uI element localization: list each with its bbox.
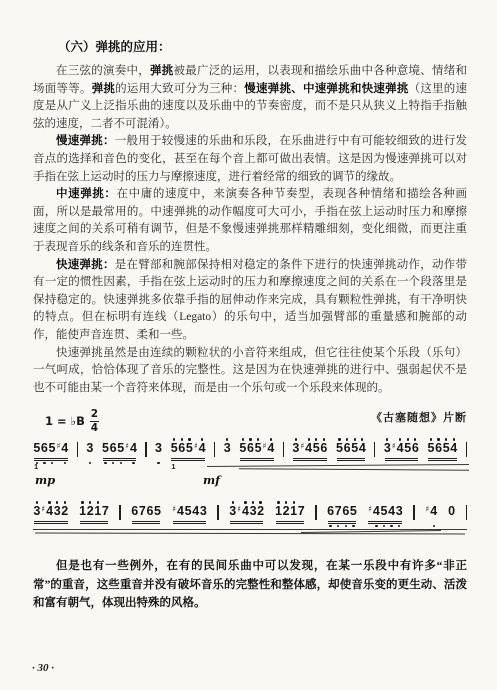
octave-dot (329, 525, 331, 527)
note-group: ♯4543 (367, 501, 403, 528)
note-group: ♯4543 (172, 501, 208, 528)
octave-dot (430, 438, 432, 440)
octave-dot (259, 501, 261, 503)
barline (466, 442, 467, 457)
barline (374, 442, 375, 457)
paragraph: 中速弹挑：在中庸的速度中，来演奏各种节奏型，表现各种情绪和描绘各种画面，所以是最… (33, 186, 467, 256)
note-group: 3♯456 (384, 438, 420, 465)
note-group: 565♯4 (239, 438, 275, 465)
fingering: 1 (34, 462, 38, 471)
octave-dot (270, 438, 272, 440)
note-group: 3 (86, 438, 94, 465)
octave-dot (414, 438, 416, 440)
octave-dot (346, 438, 348, 440)
octave-dot (157, 462, 159, 464)
note-group: 3 (155, 438, 163, 465)
book-page: （六）弹挑的应用： 在三弦的演奏中，弹挑被最广泛的运用，以表现和描绘乐曲中各种意… (0, 0, 497, 690)
note-group: 565♯41 (170, 438, 206, 465)
octave-dot (242, 438, 244, 440)
note-group: 5654 (427, 438, 457, 465)
octave-dot (337, 525, 339, 527)
barline (77, 442, 78, 457)
octave-dot (64, 501, 66, 503)
text: 的运用大致可分为三种： (115, 83, 244, 95)
octave-dot (89, 501, 91, 503)
octave-dot (338, 438, 340, 440)
barline (214, 442, 215, 457)
octave-dot (361, 438, 363, 440)
octave-dot (398, 525, 400, 527)
octave-dot (285, 501, 287, 503)
octave-dot (97, 501, 99, 503)
paragraph: 在三弦的演奏中，弹挑被最广泛的运用，以表现和描绘乐曲中各种意境、情绪和场面等等。… (33, 63, 467, 133)
fingering: 1 (171, 462, 175, 471)
music-section: 1 = ♭B 2 4 《古塞随想》片断 565♯413565♯43565♯413… (33, 409, 467, 557)
octave-dot (51, 462, 53, 464)
octave-dot (249, 438, 251, 440)
octave-dot (226, 438, 228, 440)
bold-text: 弹挑 (92, 83, 115, 95)
crescendo-line (35, 533, 465, 535)
paragraph: 快速弹挑虽然是由连续的颗粒状的小音符来组成，但它往往使某个乐段（乐句）一气呵成，… (33, 345, 467, 398)
note-group: 5654 (336, 438, 366, 465)
note-group: 1217 (275, 501, 305, 528)
crescendo-line (239, 469, 469, 471)
bold-text: 慢速弹挑： (56, 135, 115, 147)
octave-dot (437, 438, 439, 440)
octave-dot (64, 462, 66, 464)
paragraph: 快速弹挑：是在臂部和腕部保持相对稳定的条件下进行的快速弹挑动作，动作带有一定的惯… (33, 257, 467, 345)
key-signature: 1 = ♭B 2 4 (45, 409, 99, 433)
octave-dot (345, 525, 347, 527)
barline (315, 505, 316, 520)
text: 在三弦的演奏中， (56, 65, 150, 77)
octave-dot (252, 501, 254, 503)
dynamic-mp: mp (35, 473, 55, 487)
octave-dot (295, 438, 297, 440)
time-signature: 2 4 (90, 409, 99, 433)
note-group: 3♯432 (33, 501, 69, 528)
octave-dot (257, 438, 259, 440)
barline (145, 442, 146, 457)
dynamic-mf: mf (203, 473, 220, 487)
octave-dot (293, 501, 295, 503)
note-group: 1217 (79, 501, 109, 528)
octave-dot (352, 525, 354, 527)
text: 快速弹挑虽然是由连续的颗粒状的小音符来组成，但它往往使某个乐段（乐句）一气呵成，… (33, 347, 467, 394)
section-title: （六）弹挑的应用： (33, 38, 467, 56)
note-group: 3♯456 (292, 438, 328, 465)
octave-dot (104, 462, 106, 464)
octave-dot (315, 438, 317, 440)
octave-dot (390, 525, 392, 527)
octave-dot (43, 462, 45, 464)
octave-dot (244, 501, 246, 503)
octave-dot (445, 438, 447, 440)
bold-text: 快速弹挑： (56, 259, 115, 271)
octave-dot (56, 501, 58, 503)
bold-text: 但是也有一些例外，在有的民间乐曲中可以发现，在某一乐段中有许多“非正常”的重音，… (33, 560, 467, 609)
octave-dot (277, 501, 279, 503)
barline (119, 505, 120, 520)
octave-dot (36, 501, 38, 503)
music-line-1: 565♯413565♯43565♯413565♯43♯45656543♯4565… (33, 438, 467, 465)
bold-text: 慢速弹挑、中速弹挑和快速弹挑 (244, 83, 408, 95)
octave-dot (232, 501, 234, 503)
octave-dot (173, 438, 175, 440)
key-label: 1 = ♭B (45, 414, 85, 428)
paragraph: 慢速弹挑：一般用于较慢速的乐曲和乐段，在乐曲进行中有可能较细致的进行发音点的选择… (33, 133, 467, 186)
note-group: 0 (448, 501, 456, 528)
page-number: · 30 · (32, 662, 54, 674)
octave-dot (383, 525, 385, 527)
note-group: 6765 (327, 501, 357, 528)
octave-dot (375, 525, 377, 527)
octave-dot (132, 462, 134, 464)
music-header: 1 = ♭B 2 4 《古塞随想》片断 (33, 409, 467, 429)
octave-dot (81, 501, 83, 503)
octave-dot (188, 438, 190, 440)
note-group: 565♯4 (102, 438, 138, 465)
octave-dot (354, 438, 356, 440)
bold-text: 中速弹挑： (56, 188, 117, 200)
piece-caption: 《古塞随想》片断 (371, 409, 467, 425)
paragraph: 但是也有一些例外，在有的民间乐曲中可以发现，在某一乐段中有许多“非正常”的重音，… (33, 557, 467, 613)
octave-dot (323, 438, 325, 440)
barline (413, 505, 414, 520)
barline (466, 505, 467, 520)
note-group: 6765 (131, 501, 161, 528)
octave-dot (48, 501, 50, 503)
octave-dot (89, 462, 91, 464)
octave-dot (181, 438, 183, 440)
body-text: 在三弦的演奏中，弹挑被最广泛的运用，以表现和描绘乐曲中各种意境、情绪和场面等等。… (33, 63, 467, 397)
barline (283, 442, 284, 457)
octave-dot (453, 438, 455, 440)
octave-dot (399, 438, 401, 440)
note-group: 3♯432 (229, 501, 265, 528)
note-group: 565♯41 (33, 438, 69, 465)
octave-dot (407, 438, 409, 440)
note-group: 3 (223, 438, 231, 465)
octave-dot (433, 525, 435, 527)
note-group: ♯4 (425, 501, 438, 528)
music-line-2: 3♯43212176765♯45433♯43212176765♯4543♯40 (33, 501, 467, 528)
octave-dot (386, 438, 388, 440)
octave-dot (201, 438, 203, 440)
closing-text: 但是也有一些例外，在有的民间乐曲中可以发现，在某一乐段中有许多“非正常”的重音，… (33, 557, 467, 613)
octave-dot (112, 462, 114, 464)
octave-dot (120, 462, 122, 464)
bold-text: 弹挑 (150, 65, 174, 77)
octave-dot (308, 438, 310, 440)
barline (217, 505, 218, 520)
